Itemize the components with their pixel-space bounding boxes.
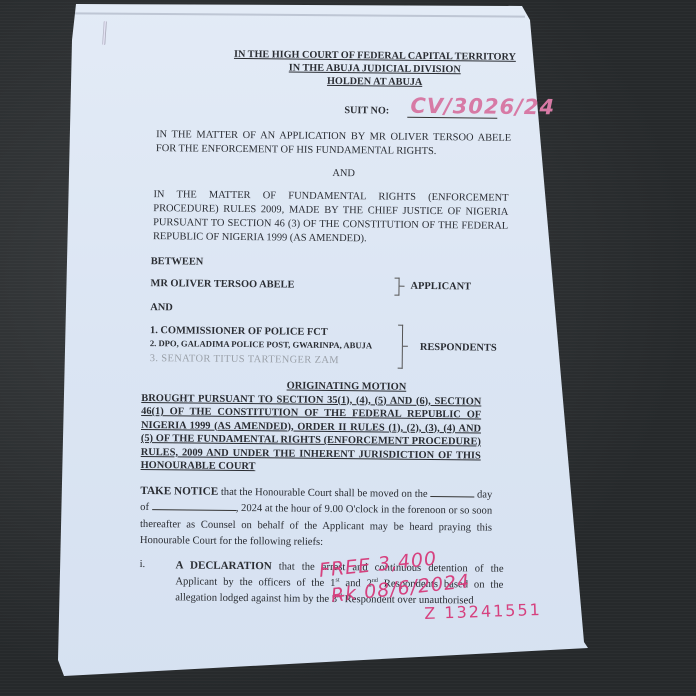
suit-number: SUIT NO: CV/3026/24 [144,92,564,122]
month-blank [152,509,236,511]
suit-no-label: SUIT NO: [344,104,389,118]
document-content: IN THE HIGH COURT OF FEDERAL CAPITAL TER… [139,48,565,610]
respondents-role: RESPONDENTS [420,341,497,356]
take-notice-lead: TAKE NOTICE [140,485,218,498]
take-notice-paragraph: TAKE NOTICE that the Honourable Court sh… [140,483,493,553]
motion-body: BROUGHT PURSUANT TO SECTION 35(1), (4), … [141,392,482,477]
between-label: BETWEEN [151,255,563,273]
day-blank [430,496,474,497]
applicant-brace-tick [400,286,405,287]
matter-rules: IN THE MATTER OF FUNDAMENTAL RIGHTS (ENF… [153,189,509,248]
applicant-row: MR OLIVER TERSOO ABELE APPLICANT [150,277,562,295]
applicant-name: MR OLIVER TERSOO ABELE [150,278,294,291]
notice-text-1: that the Honourable Court shall be moved… [218,486,430,499]
document-page: IN THE HIGH COURT OF FEDERAL CAPITAL TER… [0,0,696,696]
relief-number: i. [139,557,176,606]
relief-lead: A DECLARATION [176,560,272,573]
and-separator: AND [124,165,564,183]
respondents-list: 1. COMMISSIONER OF POLICE FCT 2. DPO, GA… [150,324,562,370]
suit-no-handwritten: CV/3026/24 [410,93,555,122]
applicant-role: APPLICANT [410,280,471,294]
court-header-line-3: HOLDEN AT ABUJA [185,74,565,91]
matter-application: IN THE MATTER OF AN APPLICATION BY MR OL… [156,128,511,159]
respondents-brace-tick [403,346,408,347]
and-parties-label: AND [150,301,562,319]
respondent-3: 3. SENATOR TITUS TARTENGER ZAM [150,352,562,370]
